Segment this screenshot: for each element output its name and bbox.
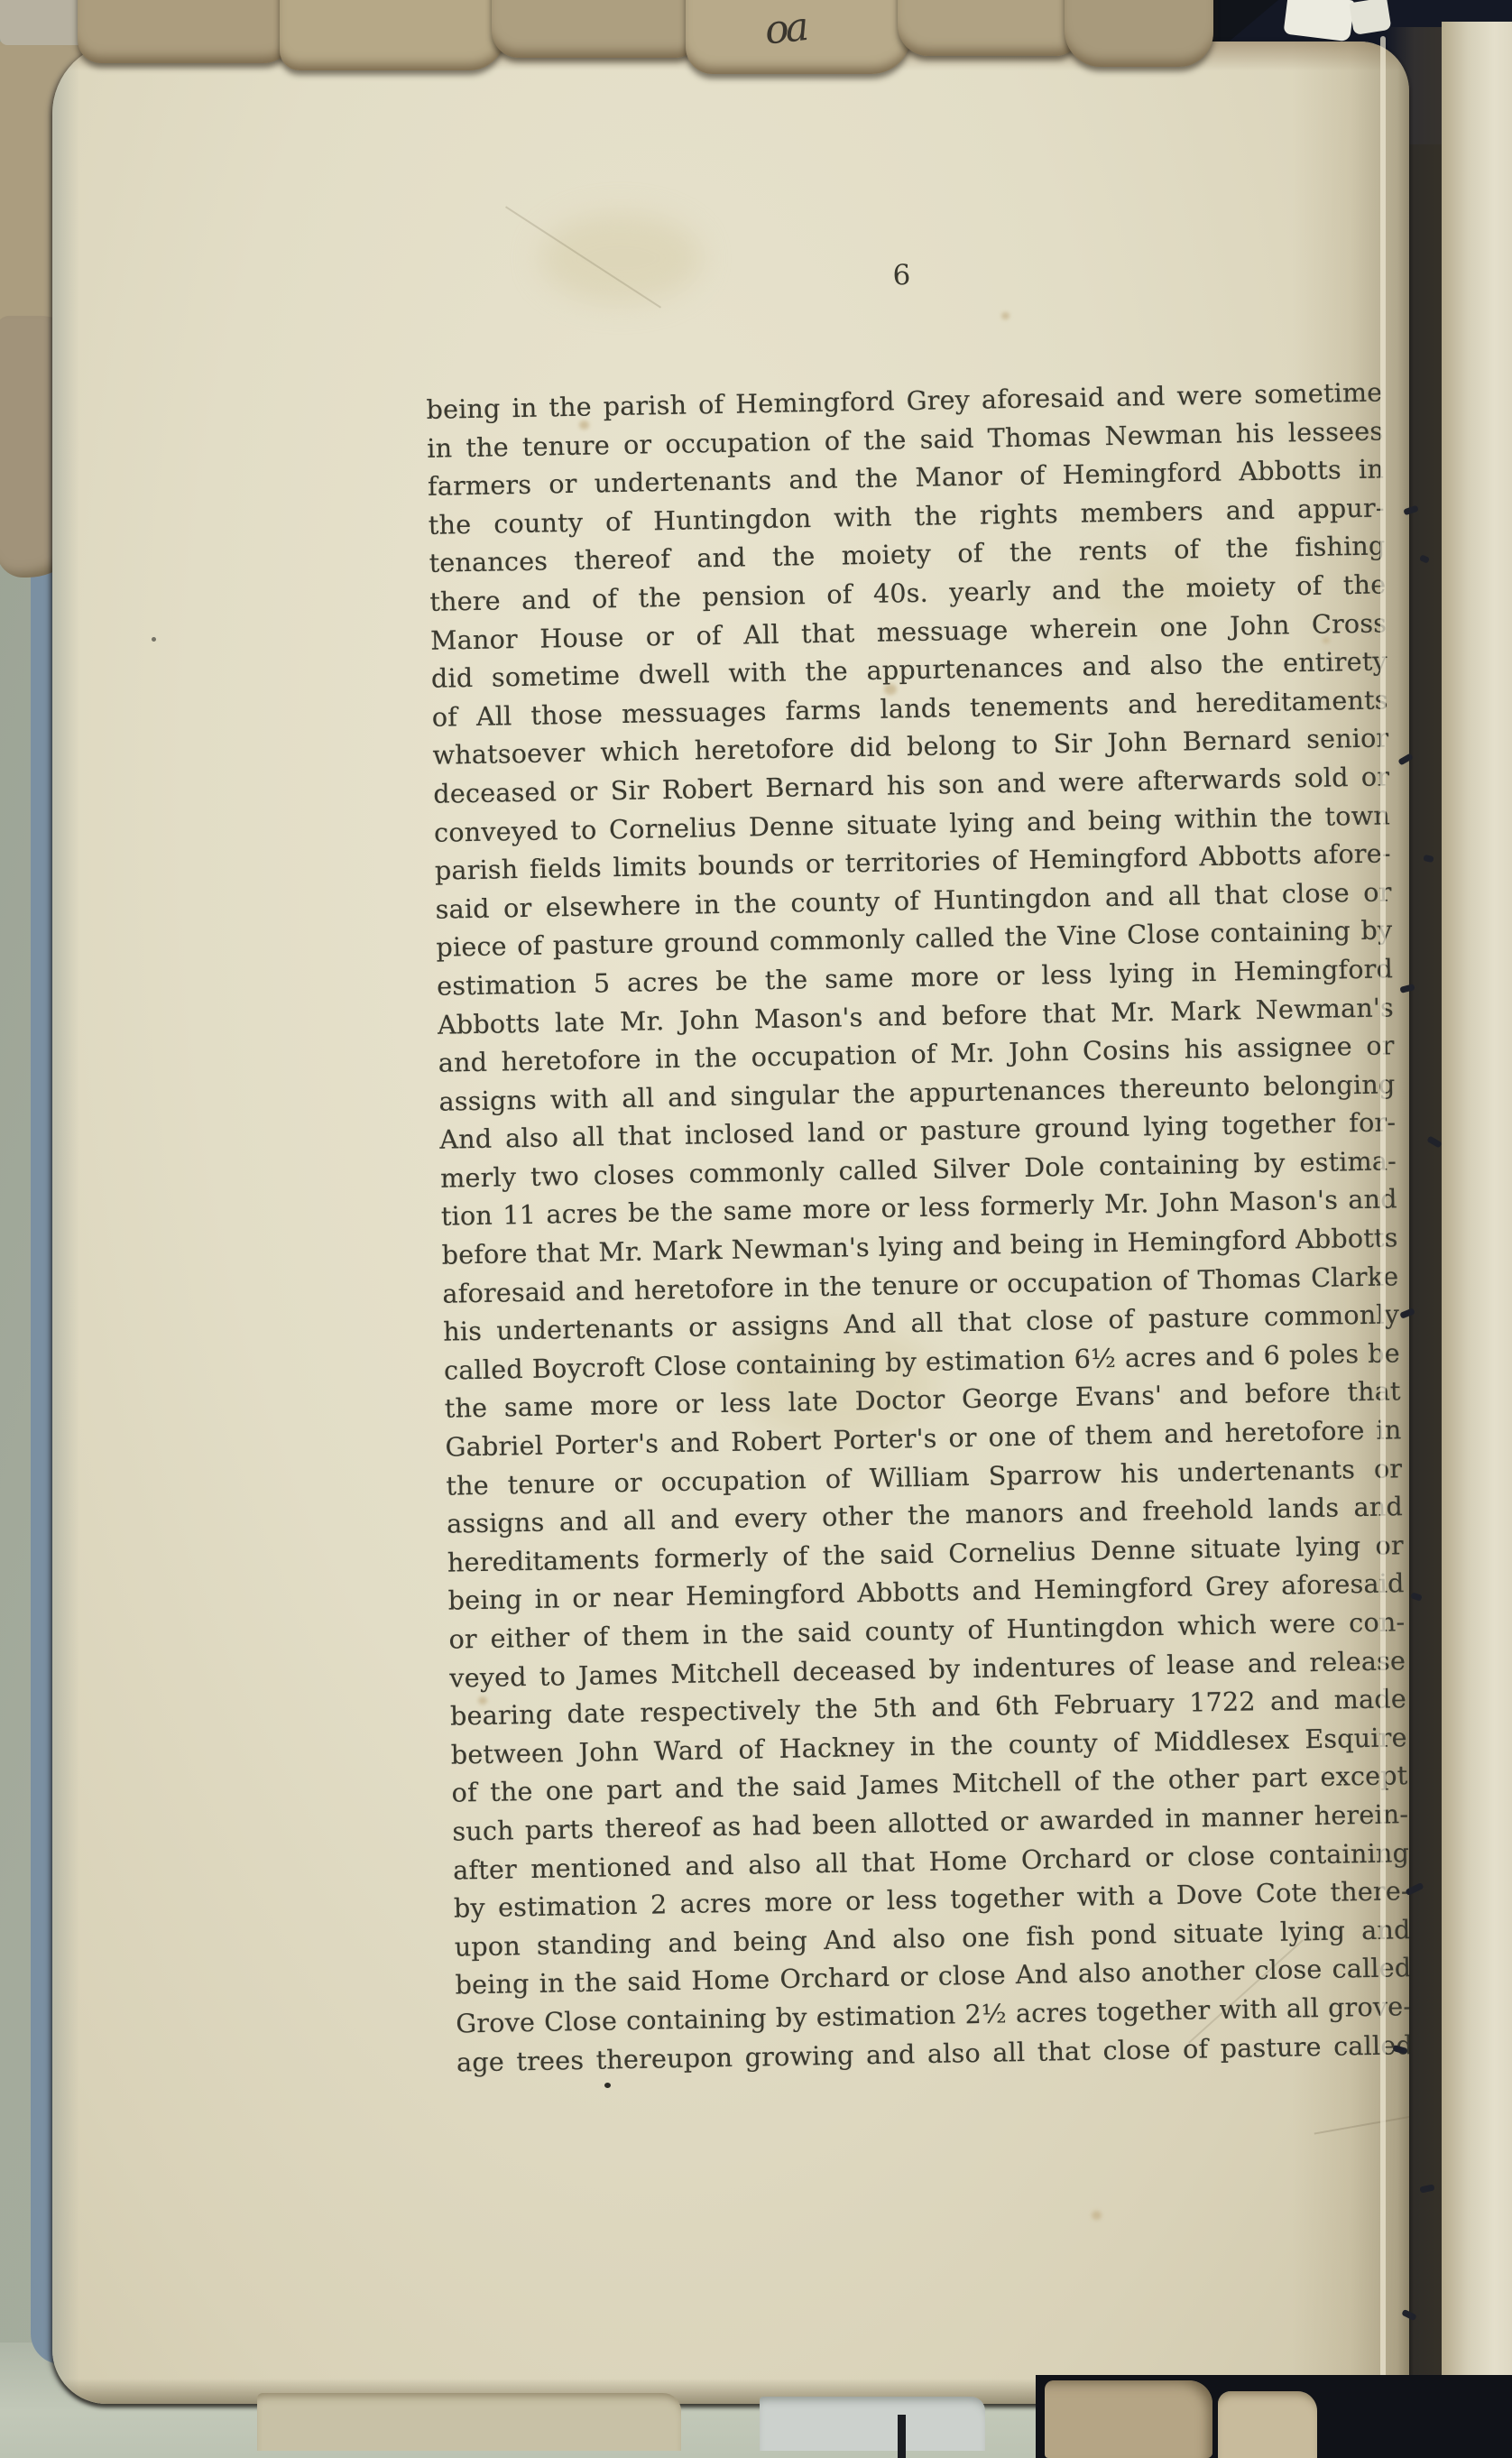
page-fold-highlight xyxy=(1380,36,1386,2391)
stitch-mark xyxy=(1419,2184,1434,2193)
torn-fragment-bottom xyxy=(1045,2380,1212,2458)
text-block: 6 being in the parish of Hemingford Grey… xyxy=(424,246,1409,2086)
paper-scrap xyxy=(1349,0,1391,35)
dark-gap-line xyxy=(898,2415,906,2458)
handwritten-mark: oa xyxy=(762,0,866,60)
torn-fragment-bottom xyxy=(257,2393,681,2451)
torn-fragment-bottom xyxy=(760,2397,985,2451)
stitch-mark xyxy=(1397,753,1413,765)
torn-page-edge xyxy=(492,0,699,58)
torn-fragment-bottom xyxy=(1218,2391,1317,2458)
ink-dot xyxy=(152,637,156,642)
torn-page-edge xyxy=(280,0,505,70)
stitch-mark xyxy=(1405,1882,1424,1896)
body-text: being in the parish of Hemingford Grey a… xyxy=(426,373,1409,2081)
foxing-spot xyxy=(1092,2211,1102,2220)
torn-page-edge xyxy=(78,0,294,63)
stitch-mark xyxy=(1423,855,1434,863)
stitch-mark xyxy=(1410,1592,1423,1601)
stitch-mark xyxy=(1399,1308,1415,1318)
stitch-mark xyxy=(1403,505,1418,516)
page-left-shadow xyxy=(52,42,79,2404)
stitch-mark xyxy=(1426,1135,1442,1148)
gutter-stitches xyxy=(1389,0,1489,2458)
document-page: 6 being in the parish of Hemingford Grey… xyxy=(52,42,1409,2404)
torn-page-edge xyxy=(898,0,1078,56)
torn-page-edge xyxy=(1065,0,1213,67)
stitch-mark xyxy=(1392,2045,1407,2055)
stitch-mark xyxy=(1399,984,1415,993)
stitch-mark xyxy=(1419,554,1430,563)
stitch-mark xyxy=(1401,2309,1416,2321)
